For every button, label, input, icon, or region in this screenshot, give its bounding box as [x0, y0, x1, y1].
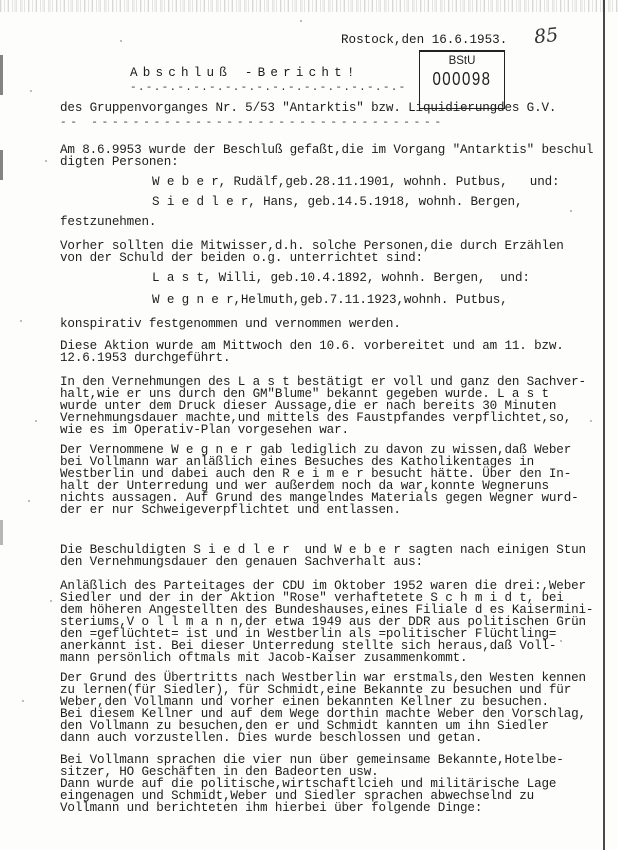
scan-edge-mark	[0, 520, 3, 545]
scan-edge-mark	[0, 150, 3, 180]
text-line: den Vernehmungsdauer den genauen Sachver…	[60, 556, 423, 569]
text-line: festzunehmen.	[60, 216, 156, 229]
scan-speck	[560, 640, 562, 642]
stamp-number: 000098	[420, 69, 504, 90]
handwritten-page-number: 85	[533, 24, 559, 48]
text-line: konspirativ festgenommen und vernommen w…	[60, 318, 401, 331]
scan-speck	[45, 160, 47, 162]
text-line: mann persönlich oftmals mit Jacob-Kaiser…	[60, 652, 467, 665]
subject-line: des Gruppenvorganges Nr. 5/53 "Antarktis…	[60, 102, 556, 115]
scan-speck	[35, 420, 37, 422]
scan-edge-mark	[0, 55, 3, 95]
text-line: W e b e r, Rudälf,geb.28.11.1901, wohnh.…	[152, 176, 559, 189]
scan-speck	[300, 20, 302, 22]
document-page: Rostock,den 16.6.1953. 85 Abschluß -Beri…	[0, 0, 618, 850]
scan-speck	[28, 500, 30, 502]
text-line: Vollmann und berichteten ihm hierbei übe…	[60, 802, 482, 815]
scan-speck	[120, 40, 122, 42]
text-line: digten Personen:	[60, 156, 179, 169]
stamp-label: BStU	[420, 55, 504, 67]
text-line: S i e d l e r, Hans, geb.14.5.1918, wohn…	[152, 196, 522, 209]
text-line: L a s t, Willi, geb.10.4.1892, wohnh. Be…	[152, 272, 530, 285]
text-line: dann auch vorzustellen. Dies wurde besch…	[60, 732, 482, 745]
scan-noise-band	[0, 0, 618, 12]
text-line: 12.6.1953 durchgeführt.	[60, 352, 230, 365]
report-title: Abschluß -Bericht!	[130, 66, 360, 80]
scan-speck	[22, 700, 24, 702]
scan-speck	[50, 600, 52, 602]
title-underline: -.-.-.-.-.-.-.-.-.-.-.-.-.-.-.-.-.-	[130, 82, 407, 94]
text-line: wie es im Operativ-Plan vorgesehen war.	[60, 424, 349, 437]
scan-speck	[590, 420, 592, 422]
scan-speck	[570, 210, 572, 212]
scan-speck	[30, 90, 32, 92]
text-line: der er nur Schweigeverpflichtet und entl…	[60, 504, 401, 517]
scan-speck	[20, 320, 22, 322]
text-line: W e g n e r,Helmuth,geb.7.11.1923,wohnh.…	[152, 294, 508, 307]
text-line: von der Schuld der beiden o.g. unterrich…	[60, 252, 423, 265]
page-edge-line	[603, 0, 605, 850]
subject-underline: -- ----------------------------------	[60, 117, 445, 129]
scan-speck	[480, 180, 482, 182]
place-date: Rostock,den 16.6.1953.	[341, 33, 507, 47]
